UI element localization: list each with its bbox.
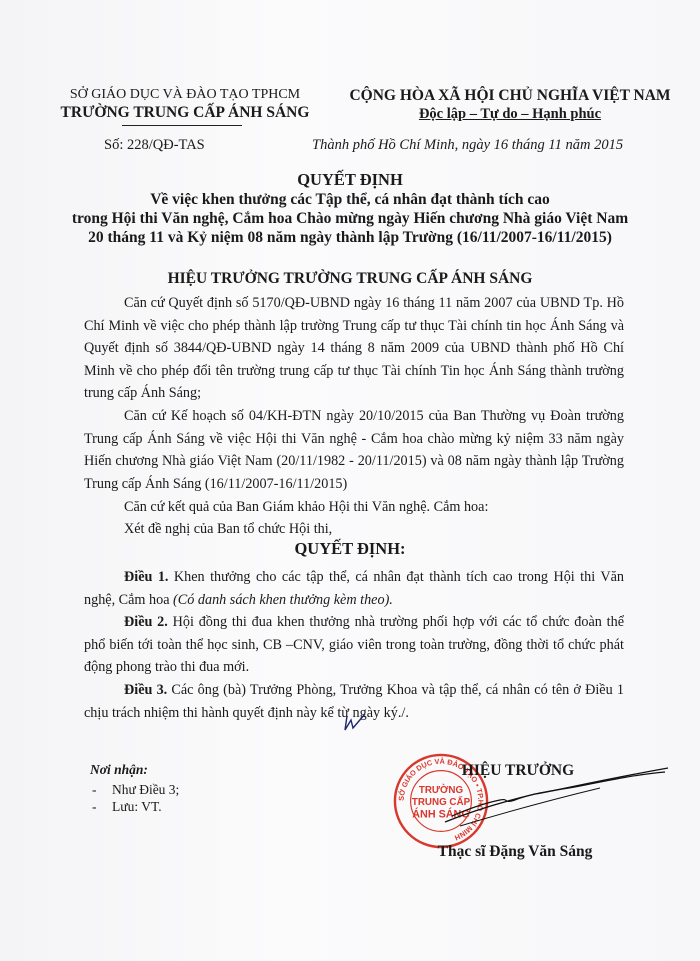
document-date: Thành phố Hồ Chí Minh, ngày 16 tháng 11 … [312,137,623,154]
article-1-label: Điều 1. [124,569,168,585]
country-name: CỘNG HÒA XÃ HỘI CHỦ NGHĨA VIỆT NAM [340,86,680,105]
header-divider [122,125,242,126]
preamble-paragraph-3: Căn cứ kết quả của Ban Giám khảo Hội thi… [84,496,624,519]
preamble-paragraph-4: Xét đề nghị của Ban tổ chức Hội thi, [84,518,624,541]
article-1-note: (Có danh sách khen thưởng kèm theo). [173,592,393,608]
title-line-2: trong Hội thi Văn nghệ, Cắm hoa Chào mừn… [0,209,700,228]
recipient-item: -Lưu: VT. [90,798,179,815]
preamble-paragraph-2: Căn cứ Kế hoạch số 04/KH-ĐTN ngày 20/10/… [84,405,624,495]
department-name: SỞ GIÁO DỤC VÀ ĐÀO TẠO TPHCM [40,86,330,103]
document-page: SỞ GIÁO DỤC VÀ ĐÀO TẠO TPHCM TRƯỜNG TRUN… [0,0,700,961]
decision-heading: QUYẾT ĐỊNH: [0,539,700,559]
article-3-label: Điều 3. [124,682,167,698]
preamble-paragraph-1: Căn cứ Quyết định số 5170/QĐ-UBND ngày 1… [84,292,624,405]
national-motto: Độc lập – Tự do – Hạnh phúc [340,105,680,124]
handwritten-signature-icon [440,760,670,840]
issuer-header: SỞ GIÁO DỤC VÀ ĐÀO TẠO TPHCM TRƯỜNG TRUN… [40,86,330,122]
article-2-label: Điều 2. [124,614,168,630]
title-heading: QUYẾT ĐỊNH [0,170,700,190]
document-title: QUYẾT ĐỊNH Về việc khen thưởng các Tập t… [0,170,700,247]
authority-heading: HIỆU TRƯỞNG TRƯỜNG TRUNG CẤP ÁNH SÁNG [0,270,700,288]
article-1: Điều 1. Khen thưởng cho các tập thể, cá … [84,566,624,611]
signer-name: Thạc sĩ Đặng Văn Sáng [400,843,630,861]
document-number: Số: 228/QĐ-TAS [104,137,205,154]
national-header: CỘNG HÒA XÃ HỘI CHỦ NGHĨA VIỆT NAM Độc l… [340,86,680,124]
title-line-3: 20 tháng 11 và Kỷ niệm 08 năm ngày thành… [0,228,700,247]
recipients-heading: Nơi nhận: [90,762,179,778]
article-2: Điều 2. Hội đồng thi đua khen thưởng nhà… [84,611,624,679]
recipients-block: Nơi nhận: -Như Điều 3; -Lưu: VT. [90,762,179,815]
recipient-item: -Như Điều 3; [90,781,179,798]
initial-mark-icon [341,712,367,734]
school-name: TRƯỜNG TRUNG CẤP ÁNH SÁNG [40,103,330,122]
title-line-1: Về việc khen thưởng các Tập thể, cá nhân… [0,190,700,209]
